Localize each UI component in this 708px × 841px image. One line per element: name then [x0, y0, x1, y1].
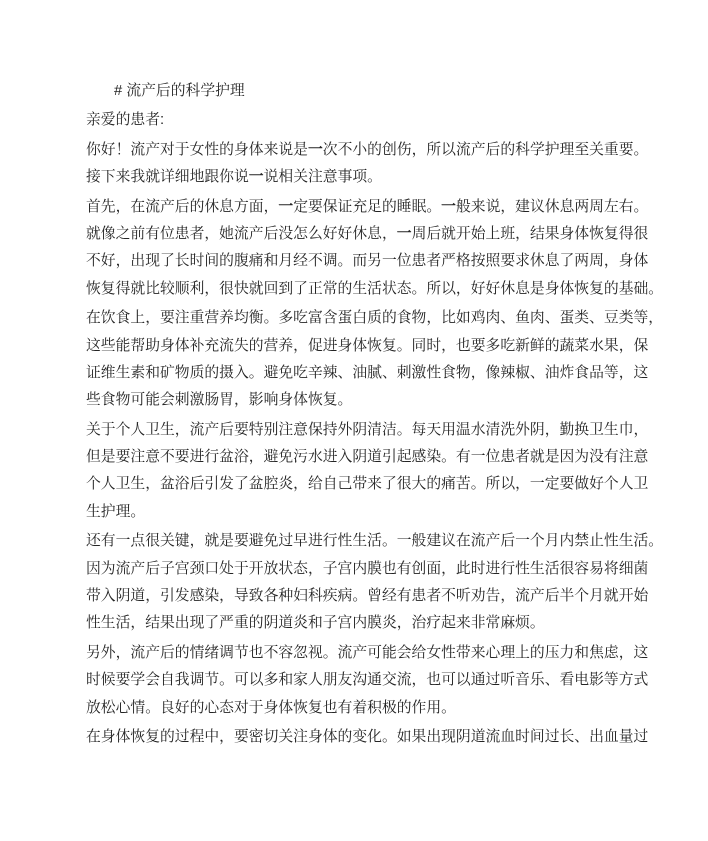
text-line: 在身体恢复的过程中，要密切关注身体的变化。如果出现阴道流血时间过长、出血量过 — [86, 724, 650, 751]
text-line: 个人卫生，盆浴后引发了盆腔炎，给自己带来了很大的痛苦。所以，一定要做好个人卫 — [86, 471, 650, 498]
salutation-line: 亲爱的患者: — [86, 107, 650, 134]
paragraph-diet: 在饮食上，要注重营养均衡。多吃富含蛋白质的食物，比如鸡肉、鱼肉、蛋类、豆类等， … — [86, 305, 650, 415]
text-line: 还有一点很关键，就是要避免过早进行性生活。一般建议在流产后一个月内禁止性生活。 — [86, 528, 650, 555]
paragraph-rest: 首先，在流产后的休息方面，一定要保证充足的睡眠。一般来说，建议休息两周左右。 就… — [86, 194, 650, 304]
text-run: 在饮食上，要注重营养均衡。多吃富含蛋白质的食物，比如鸡肉、鱼肉、蛋类、豆类等， — [86, 310, 663, 326]
text-line: 带入阴道，引发感染，导致各种妇科疾病。曾经有患者不听劝告，流产后半个月就开始 — [86, 583, 650, 610]
text-run: 证维生素和矿物质的摄入。避免吃辛辣、油腻、刺激性食物，像辣椒、油炸食品等，这 — [86, 365, 648, 381]
text-line: 关于个人卫生，流产后要特别注意保持外阴清洁。每天用温水清洗外阴，勤换卫生巾， — [86, 417, 650, 444]
text-run: 生护理。 — [86, 504, 145, 520]
text-run: 周后就开始上班，结果身体恢复得很 — [412, 226, 649, 242]
text-run: 接下来我就详细地跟你说 — [86, 169, 249, 185]
text-run: 些食物可能会刺激肠胃，影响身体恢复。 — [86, 392, 352, 408]
text-line: 在饮食上，要注重营养均衡。多吃富含蛋白质的食物，比如鸡肉、鱼肉、蛋类、豆类等， — [86, 305, 650, 332]
text-line: 恢复得就比较顺利，很快就回到了正常的生活状态。所以，好好休息是身体恢复的基础。 — [86, 276, 650, 303]
paragraph-intro: 你好！流产对于女性的身体来说是一次不小的创伤，所以流产后的科学护理至关重要。 接… — [86, 137, 650, 192]
bold-text-run: 一 — [249, 169, 264, 185]
text-line: 证维生素和矿物质的摄入。避免吃辛辣、油腻、刺激性食物，像辣椒、油炸食品等，这 — [86, 360, 650, 387]
text-run: 另外，流产后的情绪调节也不容忽视。流产可能会给女性带来心理上的压力和焦虑，这 — [86, 645, 648, 661]
text-line: 首先，在流产后的休息方面，一定要保证充足的睡眠。一般来说，建议休息两周左右。 — [86, 194, 650, 221]
text-line: 生护理。 — [86, 499, 650, 526]
paragraph-emotional-care: 另外，流产后的情绪调节也不容忽视。流产可能会给女性带来心理上的压力和焦虑，这 时… — [86, 640, 650, 722]
text-run: 就像之前有位患者，她流产后没怎么好好休息， — [86, 226, 397, 242]
text-run: 时候要学会自我调节。可以多和家人朋友沟通交流，也可以通过听音乐、看电影等方式 — [86, 672, 648, 688]
text-run: 带入阴道，引发感染，导致各种妇科疾病。曾经有患者不听劝告，流产后半个月就开始 — [86, 588, 648, 604]
bold-text-run: 一 — [441, 199, 456, 215]
text-line: 你好！流产对于女性的身体来说是一次不小的创伤，所以流产后的科学护理至关重要。 — [86, 137, 650, 164]
text-run: 你好！流产对于女性的身体来说是 — [86, 142, 308, 158]
text-run: 次不小的创伤，所以流产后的科学护理至关重要。 — [323, 142, 649, 158]
text-line: 这些能帮助身体补充流失的营养，促进身体恢复。同时，也要多吃新鲜的蔬菜水果，保 — [86, 333, 650, 360]
text-run: 还有一点很关键，就是要避免过早进行性生活。一般建议在流产后一个月内禁止性生活。 — [86, 533, 663, 549]
text-run: 因为流产后子宫颈口处于开放状态，子宫内膜也有创面，此时进行性生活很容易将细菌 — [86, 561, 648, 577]
paragraph-sexual-abstinence: 还有一点很关键，就是要避免过早进行性生活。一般建议在流产后一个月内禁止性生活。 … — [86, 528, 650, 638]
text-line: 接下来我就详细地跟你说一说相关注意事项。 — [86, 164, 650, 191]
text-line: 时候要学会自我调节。可以多和家人朋友沟通交流，也可以通过听音乐、看电影等方式 — [86, 667, 650, 694]
text-line: 放松心情。良好的心态对于身体恢复也有着积极的作用。 — [86, 695, 650, 722]
text-line: 因为流产后子宫颈口处于开放状态，子宫内膜也有创面，此时进行性生活很容易将细菌 — [86, 556, 650, 583]
text-line: 但是要注意不要进行盆浴，避免污水进入阴道引起感染。有一位患者就是因为没有注意 — [86, 444, 650, 471]
text-run: 这些能帮助身体补充流失的营养，促进身体恢复。同时，也要多吃新鲜的蔬菜水果，保 — [86, 338, 648, 354]
text-run: 放松心情。良好的心态对于身体恢复也有着积极的作用。 — [86, 700, 456, 716]
paragraph-hygiene: 关于个人卫生，流产后要特别注意保持外阴清洁。每天用温水清洗外阴，勤换卫生巾， 但… — [86, 417, 650, 527]
bold-text-run: 一 — [308, 142, 323, 158]
text-run: 定要保证充足的睡眠。 — [293, 199, 441, 215]
text-run: 般来说，建议休息两周左右。 — [456, 199, 648, 215]
salutation-paragraph: 亲爱的患者: — [86, 107, 650, 134]
text-run: 个人卫生，盆浴后引发了盆腔炎，给自己带来了很大的痛苦。所以，一定要做好个人卫 — [86, 476, 648, 492]
text-line: 些食物可能会刺激肠胃，影响身体恢复。 — [86, 387, 650, 414]
text-line: 另外，流产后的情绪调节也不容忽视。流产可能会给女性带来心理上的压力和焦虑，这 — [86, 640, 650, 667]
text-run: 不好，出现了长时间的腹痛和月经不调。而另一位患者严格按照要求休息了两周，身体 — [86, 253, 648, 269]
text-run: 性生活，结果出现了严重的阴道炎和子宫内膜炎，治疗起来非常麻烦。 — [86, 615, 545, 631]
document-heading: # 流产后的科学护理 — [86, 78, 650, 105]
text-line: 性生活，结果出现了严重的阴道炎和子宫内膜炎，治疗起来非常麻烦。 — [86, 610, 650, 637]
text-run: 在身体恢复的过程中，要密切关注身体的变化。如果出现阴道流血时间过长、出血量过 — [86, 729, 648, 745]
text-run: 说相关注意事项。 — [264, 169, 382, 185]
text-run: 首先，在流产后的休息方面， — [86, 199, 278, 215]
bold-text-run: 一 — [397, 226, 412, 242]
text-run: 恢复得就比较顺利，很快就回到了正常的生活状态。所以，好好休息是身体恢复的基础。 — [86, 281, 663, 297]
text-line: 不好，出现了长时间的腹痛和月经不调。而另一位患者严格按照要求休息了两周，身体 — [86, 248, 650, 275]
text-run: 关于个人卫生，流产后要特别注意保持外阴清洁。每天用温水清洗外阴，勤换卫生巾， — [86, 422, 648, 438]
text-line: 就像之前有位患者，她流产后没怎么好好休息，一周后就开始上班，结果身体恢复得很 — [86, 221, 650, 248]
document-heading-line: # 流产后的科学护理 — [86, 78, 650, 105]
text-run: 但是要注意不要进行盆浴，避免污水进入阴道引起感染。有一位患者就是因为没有注意 — [86, 449, 648, 465]
bold-text-run: 一 — [278, 199, 293, 215]
paragraph-recovery-monitoring: 在身体恢复的过程中，要密切关注身体的变化。如果出现阴道流血时间过长、出血量过 — [86, 724, 650, 751]
document-body: # 流产后的科学护理 亲爱的患者: 你好！流产对于女性的身体来说是一次不小的创伤… — [86, 78, 650, 753]
